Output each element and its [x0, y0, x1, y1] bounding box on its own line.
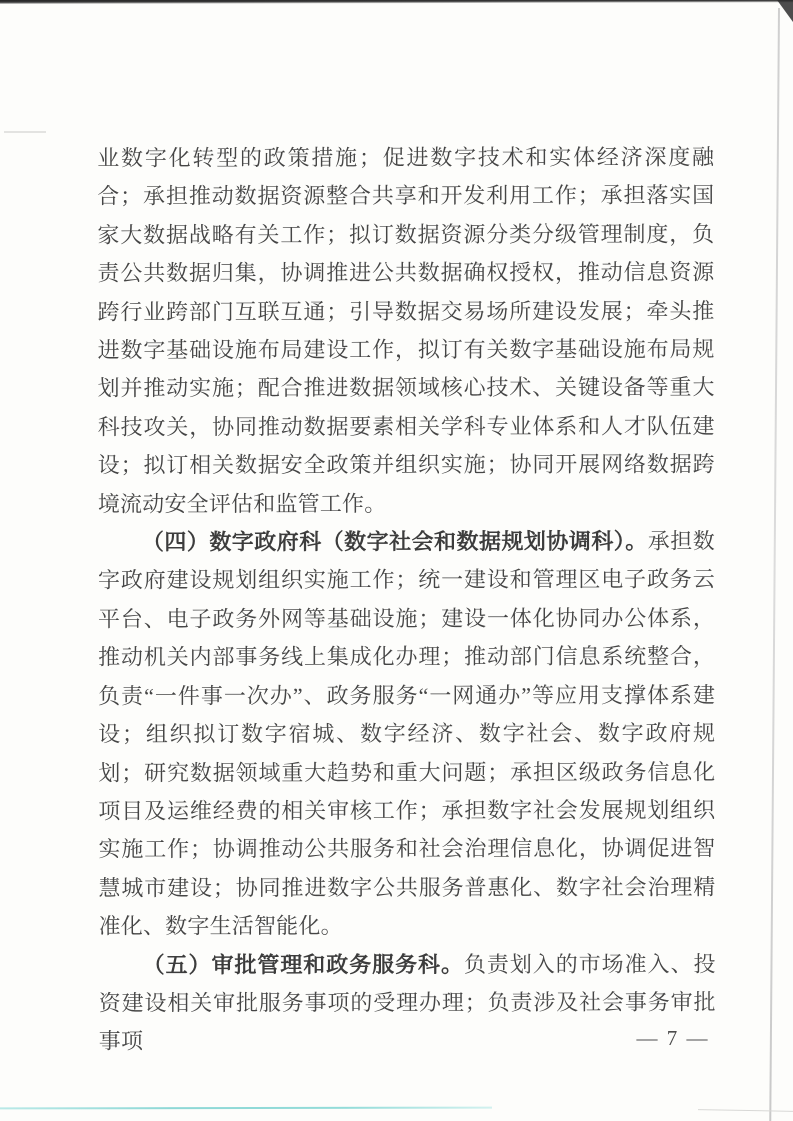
section-heading: （五）审批管理和政务服务科。	[143, 951, 464, 977]
body-text: 业数字化转型的政策措施；促进数字技术和实体经济深度融合；承担推动数据资源整合共享…	[97, 144, 715, 516]
scan-edge-top	[0, 0, 793, 4]
scan-speck	[4, 131, 46, 133]
page-number: — 7 —	[618, 1026, 728, 1051]
scan-streak-cyan	[0, 1107, 492, 1110]
document-body: 业数字化转型的政策措施；促进数字技术和实体经济深度融合；承担推动数据资源整合共享…	[97, 138, 716, 1061]
section-heading: （四）数字政府科（数字社会和数据规划协调科）。	[142, 529, 648, 555]
paragraph: 业数字化转型的政策措施；促进数字技术和实体经济深度融合；承担推动数据资源整合共享…	[97, 138, 715, 523]
paper-edge-line	[769, 8, 780, 1121]
scan-streak-gray	[698, 1109, 793, 1112]
paragraph: （四）数字政府科（数字社会和数据规划协调科）。承担数字政府建设规划组织实施工作；…	[98, 523, 716, 947]
body-text: 承担数字政府建设规划组织实施工作；统一建设和管理区电子政务云平台、电子政务外网等…	[98, 529, 716, 939]
scanned-document-page: 业数字化转型的政策措施；促进数字技术和实体经济深度融合；承担推动数据资源整合共享…	[0, 0, 793, 1121]
